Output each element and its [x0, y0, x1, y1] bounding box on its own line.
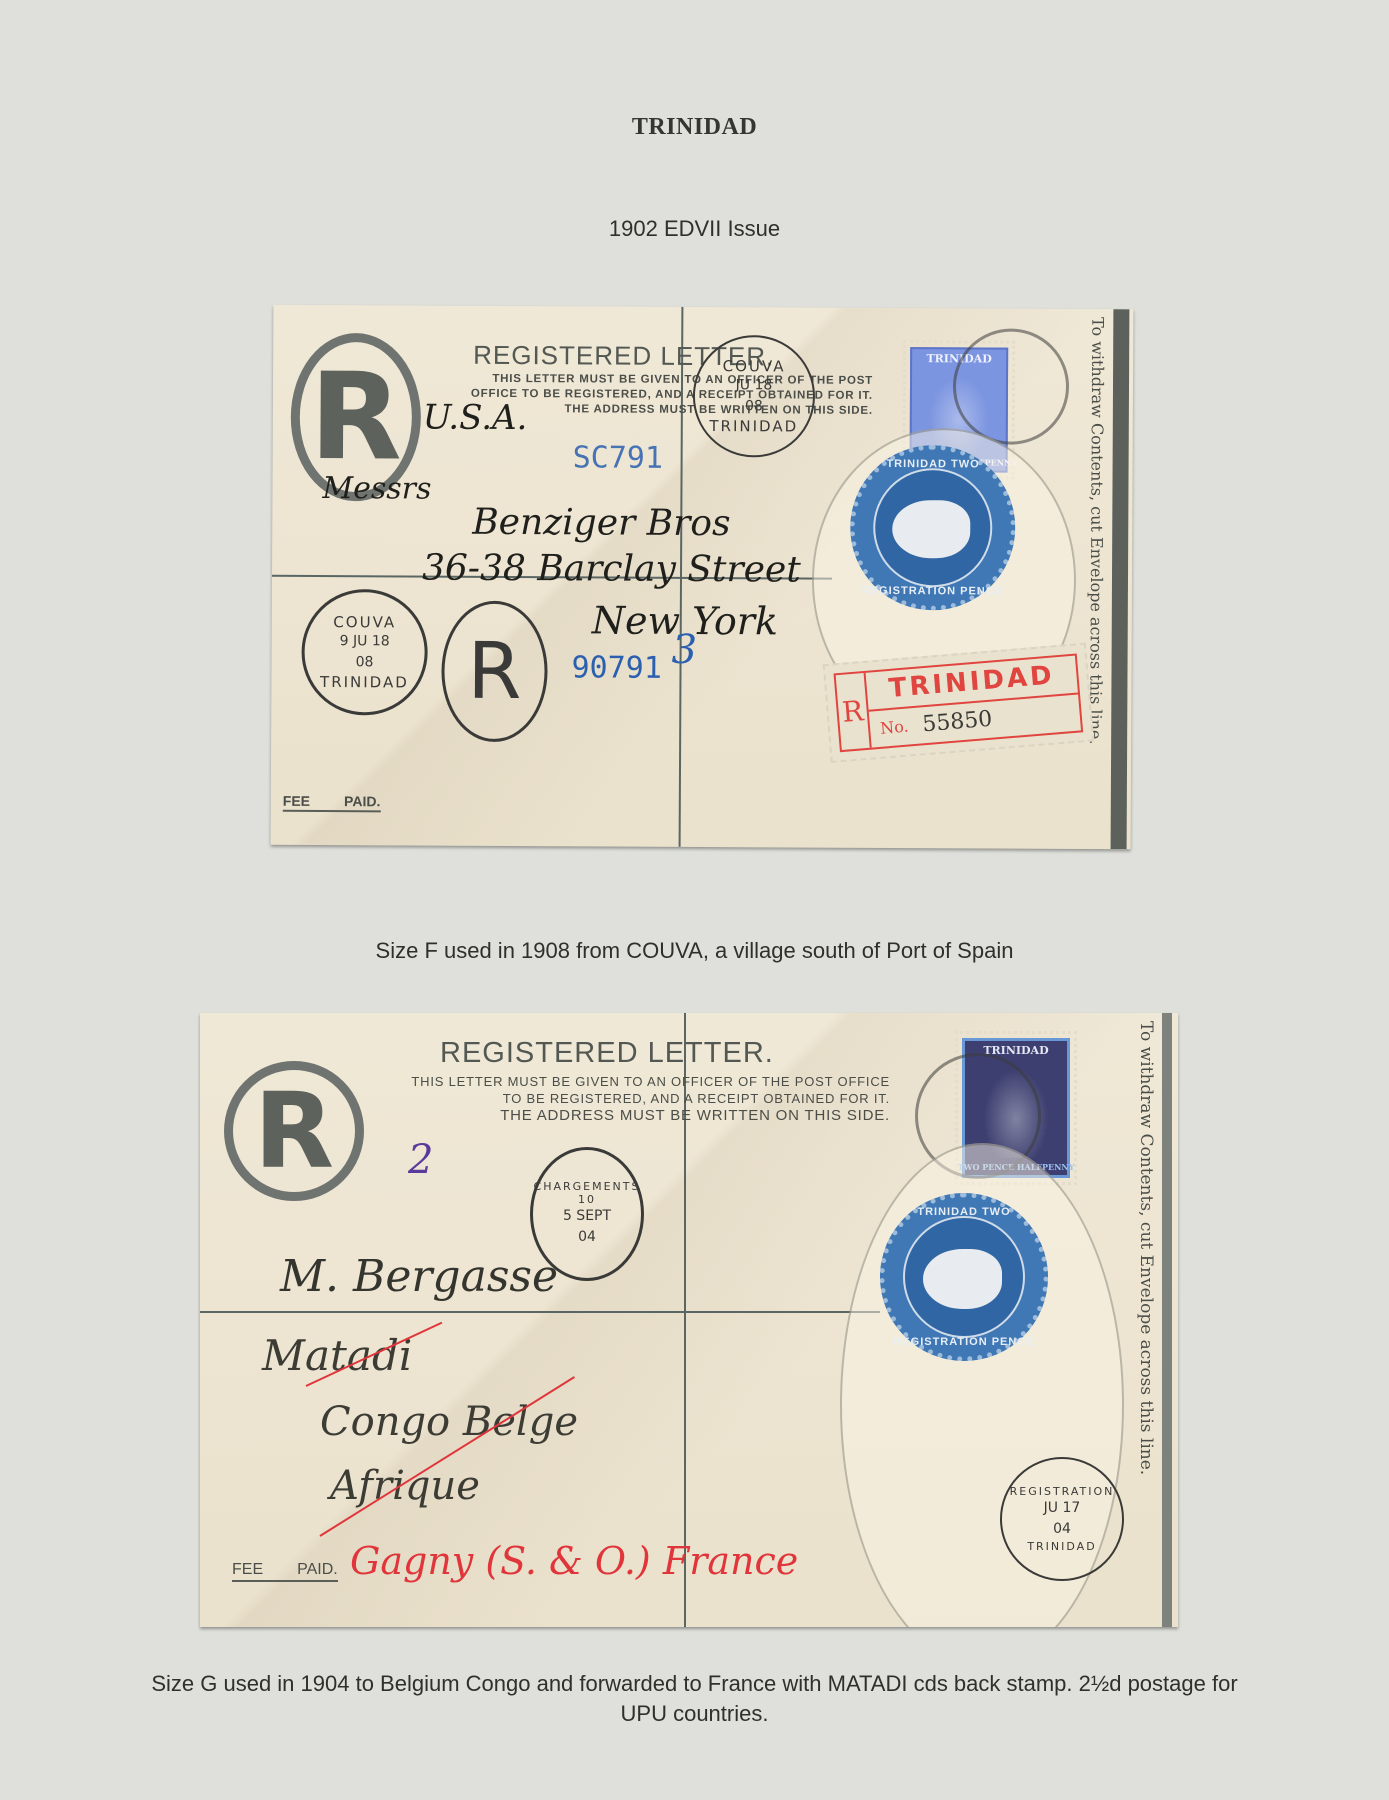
embossed-registration-stamp: TRINIDAD TWO REGISTRATION PENCE — [880, 1193, 1048, 1361]
hand-r-circle-mark: R — [441, 601, 548, 743]
page-subtitle: 1902 EDVII Issue — [0, 216, 1389, 242]
red-forwarding-address: Gagny (S. & O.) France — [350, 1539, 798, 1583]
page-title: TRINIDAD — [0, 114, 1389, 141]
registration-postmark-bottom: REGISTRATION JU 17 04 TRINIDAD — [1000, 1457, 1124, 1581]
handwritten-street: 36-38 Barclay Street — [422, 548, 801, 591]
cover-2-envelope: R REGISTERED LETTER. THIS LETTER MUST BE… — [200, 1013, 1178, 1627]
cover-1-caption: Size F used in 1908 from COUVA, a villag… — [0, 936, 1389, 966]
handwritten-country: U.S.A. — [423, 398, 528, 439]
registered-r-mark: R — [224, 1061, 364, 1201]
cover-2-caption: Size G used in 1904 to Belgium Congo and… — [0, 1669, 1389, 1729]
king-edward-head-icon — [892, 500, 970, 559]
fee-paid-label: FEEPAID. — [283, 793, 381, 813]
couva-postmark-on-stamp — [953, 328, 1070, 445]
blue-handwritten-mark: 3 — [671, 627, 697, 673]
registered-letter-heading: REGISTERED LETTER. — [440, 1037, 774, 1070]
handwritten-city: Matadi — [262, 1331, 412, 1380]
blue-registration-number-2: 90791 — [571, 650, 661, 685]
violet-handwritten-mark: 2 — [408, 1137, 433, 1183]
couva-postmark-bottom: COUVA 9 JU 18 08 TRINIDAD — [301, 589, 428, 716]
handwritten-salutation: Messrs — [322, 471, 431, 507]
address-divider-horizontal — [200, 1311, 880, 1313]
embossed-registration-stamp: TRINIDAD TWO REGISTRATION PENCE — [850, 445, 1016, 611]
registered-instructions: THIS LETTER MUST BE GIVEN TO AN OFFICER … — [360, 1073, 890, 1124]
fee-paid-label: FEEPAID. — [232, 1561, 338, 1582]
cut-instruction: To withdraw Contents, cut Envelope acros… — [1136, 1021, 1156, 1475]
cut-line-band — [1111, 309, 1130, 849]
handwritten-addressee: M. Bergasse — [280, 1251, 558, 1302]
couva-postmark-top: COUVA JU 18 08 TRINIDAD — [693, 335, 816, 458]
cover-1-envelope: R REGISTERED LETTER. THIS LETTER MUST BE… — [271, 305, 1134, 849]
cut-instruction: To withdraw Contents, cut Envelope acros… — [1086, 317, 1107, 745]
handwritten-country: Congo Belge — [320, 1399, 578, 1445]
cut-line-band — [1162, 1013, 1172, 1627]
handwritten-addressee: Benziger Bros — [472, 502, 730, 544]
blue-registration-number-1: SC791 — [573, 440, 663, 475]
king-edward-head-icon — [923, 1249, 1002, 1309]
handwritten-continent: Afrique — [330, 1463, 480, 1509]
